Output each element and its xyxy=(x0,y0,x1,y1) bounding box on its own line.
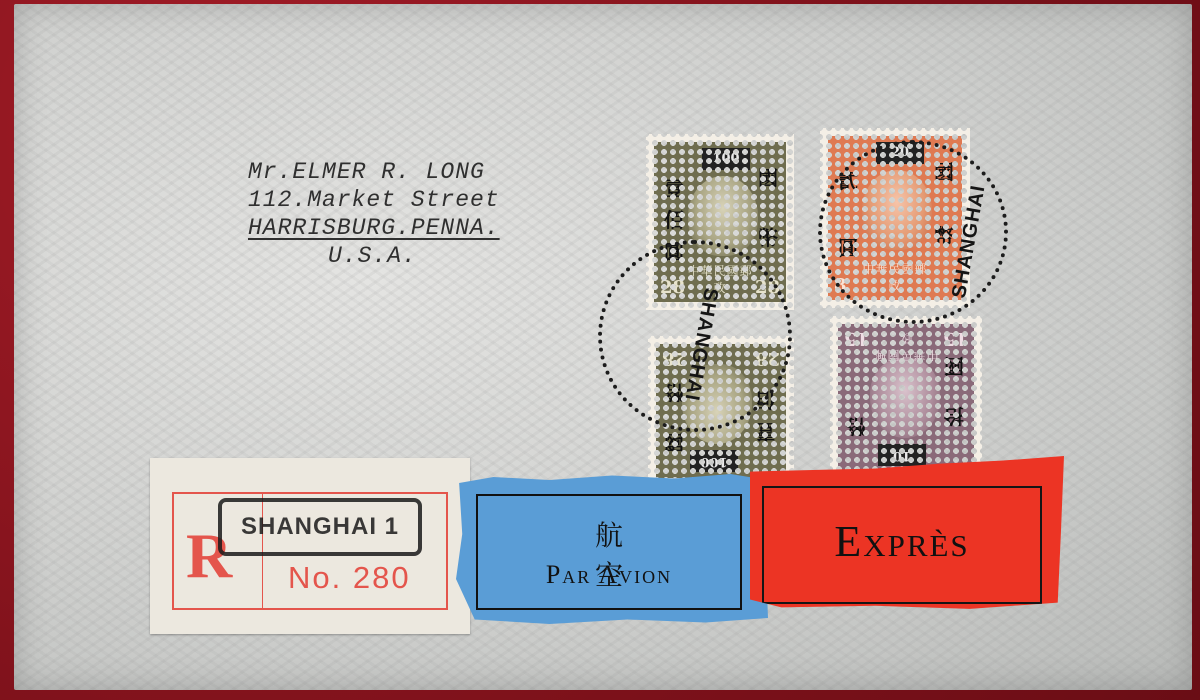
address-line-name: Mr.ELMER R. LONG xyxy=(248,158,500,186)
surcharge-value: 100 xyxy=(690,450,738,472)
surcharge-char: 壹 xyxy=(664,172,684,201)
surcharge-char: 佰 xyxy=(664,204,684,233)
registration-frame: R No. 280 SHANGHAI 1 xyxy=(172,492,448,610)
address-line-street: 112.Market Street xyxy=(248,186,500,214)
registration-handstamp: SHANGHAI 1 xyxy=(218,498,422,556)
surcharge-char: 國 xyxy=(944,353,964,382)
surcharge-char: 拾 xyxy=(944,403,964,432)
stamp-value: 15 xyxy=(844,328,869,349)
stamp-value: 15 xyxy=(943,328,968,349)
surcharge-char: 國 xyxy=(664,429,684,458)
address-line-country: U.S.A. xyxy=(248,242,500,270)
address-line-city: HARRISBURG.PENNA. xyxy=(248,214,500,242)
express-label: Exprès xyxy=(750,456,1064,612)
surcharge-char: 壹 xyxy=(756,419,776,448)
surcharge-char: 幣 xyxy=(846,413,866,442)
stamp-country: 中華民國郵政 xyxy=(868,330,944,364)
recipient-address: Mr.ELMER R. LONG 112.Market Street HARRI… xyxy=(248,158,500,270)
registration-label: R No. 280 SHANGHAI 1 xyxy=(150,458,470,634)
surcharge-char: 幣 xyxy=(758,222,778,251)
stamp-bottom-right: 10 拾 國 幣 15 15 中華民國郵政 xyxy=(830,316,982,480)
surcharge-value: 10 xyxy=(878,444,926,466)
express-frame: Exprès xyxy=(762,486,1042,604)
surcharge-value: 100 xyxy=(702,148,750,170)
surcharge-char: 國 xyxy=(758,162,778,191)
airmail-frame: 航空 Par Avion xyxy=(476,494,742,610)
airmail-label: 航空 Par Avion xyxy=(456,474,768,624)
express-text: Exprès xyxy=(764,516,1040,567)
portrait xyxy=(870,358,940,438)
registration-number: No. 280 xyxy=(288,560,411,596)
airmail-french-text: Par Avion xyxy=(478,560,740,590)
